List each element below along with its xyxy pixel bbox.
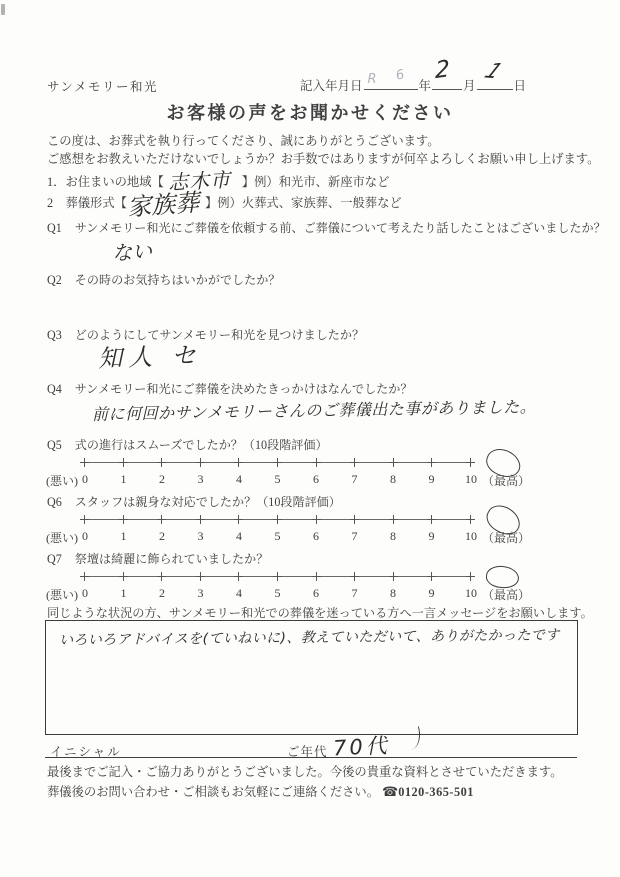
intro-text: この度は、お葬式を執り行ってくださり、誠にありがとうございます。 ご感想をお教え… (47, 133, 599, 168)
question-5-number: Q5 (47, 438, 62, 452)
question-4-number: Q4 (47, 382, 62, 396)
message-prompt: 同じような状況の方、サンメモリー和光での葬儀を迷っている方へ一言メッセージをお願… (47, 604, 593, 621)
scale-tick-label: 5 (273, 472, 283, 487)
scale-tick (427, 458, 436, 467)
residence-area-example: 】例）和光市、新座市など (242, 175, 390, 189)
scale-tick (80, 572, 89, 581)
scale-tick (466, 572, 475, 581)
scale-tick (234, 572, 243, 581)
scale-tick-label: 6 (311, 586, 321, 601)
funeral-style-blank: 家族葬 (127, 193, 205, 207)
scale-tick-label: 3 (196, 472, 206, 487)
field-residence-area: 1．お住まいの地域【志木市】例）和光市、新座市など (47, 172, 389, 190)
scale-tick (350, 515, 359, 524)
day-suffix: 日 (514, 79, 527, 93)
scale-tick (196, 515, 205, 524)
scale-tick-label: 7 (350, 529, 360, 544)
scale-tick (350, 458, 359, 467)
question-1-text: サンメモリー和光にご葬儀を依頼する前、ご葬儀について考えたり話したことはございま… (75, 221, 606, 235)
scale-tick (273, 515, 282, 524)
day-blank: 1 (477, 74, 513, 90)
month-suffix: 月 (463, 79, 476, 93)
scale-tick-label: 8 (388, 529, 398, 544)
scale-tick-label: 0 (80, 472, 90, 487)
handwritten-day: 1 (480, 59, 507, 83)
field-funeral-style: 2 葬儀形式【家族葬】例）火葬式、家族葬、一般葬など (47, 193, 402, 211)
scale-tick (119, 572, 128, 581)
intro-line-1: この度は、お葬式を執り行ってくださり、誠にありがとうございます。 (47, 133, 599, 151)
handwritten-funeral-style: 家族葬 (126, 183, 200, 223)
question-3-number: Q3 (47, 328, 62, 342)
scanned-survey-page: サンメモリー和光 記入年月日R6年2月1日 お客様の声をお聞かせください この度… (0, 0, 620, 877)
scale-tick-label: 4 (234, 472, 244, 487)
scale-tick (157, 572, 166, 581)
question-7: Q7祭壇は綺麗に飾られていましたか？ (47, 550, 268, 567)
rating-scale-q6: Q6スタッフは親身な対応でしたか？（10段階評価） (悪い) 012345678… (47, 493, 592, 551)
question-2-text: その時のお気持ちはいかがでしたか？ (75, 273, 281, 287)
scale-tick-label: 10 (465, 472, 475, 487)
scale-tick-label: 9 (427, 586, 437, 601)
question-7-number: Q7 (47, 552, 62, 566)
scale-tick (312, 458, 321, 467)
scale-tick (273, 572, 282, 581)
scale-tick-label: 9 (427, 472, 437, 487)
month-blank: 2 (432, 74, 462, 90)
scale-low-label: (悪い) (46, 472, 78, 489)
footer-thanks: 最後までご記入・ご協力ありがとうございました。今後の貴重な資料とさせていただきま… (47, 762, 563, 780)
scale-tick (273, 458, 282, 467)
scale-tick (427, 515, 436, 524)
footer-contact: 葬儀後のお問い合わせ・ご相談もお気軽にご連絡ください。☎0120-365-501 (47, 782, 474, 800)
scale-tick-label: 5 (273, 529, 283, 544)
year-suffix: 年 (419, 79, 432, 93)
scale-tick (157, 458, 166, 467)
handwritten-answer-4: 前に何回かサンメモリーさんのご葬儀出た事がありました。 (92, 394, 537, 425)
handwritten-answer-3: 知人 セ (97, 335, 202, 374)
scale-low-label: (悪い) (46, 529, 78, 546)
scale-tick-label: 1 (119, 529, 129, 544)
question-2: Q2その時のお気持ちはいかがでしたか？ (47, 271, 280, 288)
scale-tick (389, 458, 398, 467)
scale-tick-label: 0 (80, 586, 90, 601)
signature-underline (45, 757, 577, 758)
scale-tick (350, 572, 359, 581)
funeral-style-example: 】例）火葬式、家族葬、一般葬など (205, 196, 402, 210)
page-title: お客様の声をお聞かせください (0, 99, 620, 125)
scale-tick-label: 2 (157, 586, 167, 601)
scale-tick (427, 572, 436, 581)
scale-tick (389, 572, 398, 581)
question-3: Q3どのようにしてサンメモリー和光を見つけましたか？ (47, 326, 364, 343)
question-4-text: サンメモリー和光にご葬儀を決めたきっかけはなんでしたか？ (75, 382, 413, 396)
funeral-style-label: 2 葬儀形式【 (47, 196, 127, 210)
scale-tick (234, 515, 243, 524)
handwritten-message: いろいろアドバイスを(ていねいに)、教えていただいて、ありがたかったです (59, 624, 560, 649)
scale-tick (196, 458, 205, 467)
date-label: 記入年月日 (300, 79, 363, 93)
scale-high-label: （最高） (482, 529, 530, 546)
era-year-blank: R6 (364, 74, 418, 90)
question-1: Q1サンメモリー和光にご葬儀を依頼する前、ご葬儀について考えたり話したことはござ… (47, 219, 606, 236)
scale-tick-label: 3 (196, 586, 206, 601)
question-6-number: Q6 (47, 495, 62, 509)
scale-tick-label: 9 (427, 529, 437, 544)
question-6-text: スタッフは親身な対応でしたか？（10段階評価） (75, 495, 341, 509)
scale-tick-label: 5 (273, 586, 283, 601)
scale-tick-label: 4 (234, 586, 244, 601)
scale-tick (119, 515, 128, 524)
company-name: サンメモリー和光 (47, 77, 158, 95)
scale-tick-label: 10 (465, 586, 475, 601)
scale-tick-label: 7 (350, 472, 360, 487)
scale-tick (312, 515, 321, 524)
question-4: Q4サンメモリー和光にご葬儀を決めたきっかけはなんでしたか？ (47, 380, 412, 397)
question-5-text: 式の進行はスムーズでしたか？（10段階評価） (75, 438, 328, 452)
rating-labels-q7: (悪い) 012345678910 （最高） (80, 586, 475, 601)
rating-ruler-q7 (80, 572, 475, 581)
telephone-icon: ☎ (382, 785, 398, 800)
scale-high-label: （最高） (482, 586, 530, 603)
handwritten-era-mark: R (368, 72, 377, 87)
rating-ruler-q6 (80, 515, 475, 524)
scale-tick-label: 4 (234, 529, 244, 544)
scale-tick (196, 572, 205, 581)
scan-artifact-mark (1, 4, 5, 15)
scale-tick-label: 6 (311, 529, 321, 544)
scale-tick-label: 0 (80, 529, 90, 544)
rating-scale-q7: Q7祭壇は綺麗に飾られていましたか？ (悪い) 012345678910 （最高… (47, 550, 592, 608)
scale-tick-label: 1 (119, 472, 129, 487)
scale-low-label: (悪い) (46, 586, 78, 603)
scale-tick (466, 458, 475, 467)
intro-line-2: ご感想をお教えいただけないでしょうか？お手数ではありますが何卒よろしくお願い申し… (47, 151, 599, 169)
rating-labels-q6: (悪い) 012345678910 （最高） (80, 529, 475, 544)
rating-scale-q5: Q5式の進行はスムーズでしたか？（10段階評価） (悪い) 0123456789… (47, 436, 592, 494)
scale-tick (466, 515, 475, 524)
scale-tick-label: 7 (350, 586, 360, 601)
scale-tick (389, 515, 398, 524)
phone-number: 0120-365-501 (398, 785, 474, 799)
rating-ruler-q5 (80, 458, 475, 467)
scale-tick (312, 572, 321, 581)
message-box: いろいろアドバイスを(ていねいに)、教えていただいて、ありがたかったです (45, 620, 578, 735)
scale-tick-label: 6 (311, 472, 321, 487)
scale-tick-label: 2 (157, 529, 167, 544)
rating-labels-q5: (悪い) 012345678910 （最高） (80, 472, 475, 487)
question-6: Q6スタッフは親身な対応でしたか？（10段階評価） (47, 493, 341, 510)
question-5: Q5式の進行はスムーズでしたか？（10段階評価） (47, 436, 328, 453)
fill-in-date: 記入年月日R6年2月1日 (300, 74, 526, 94)
handwritten-answer-1: ない (111, 235, 153, 267)
scale-tick-label: 2 (157, 472, 167, 487)
scale-high-label: （最高） (482, 472, 530, 489)
scale-tick-label: 8 (388, 472, 398, 487)
handwritten-month: 2 (435, 56, 449, 84)
scale-tick (234, 458, 243, 467)
scale-tick (80, 515, 89, 524)
scale-tick (80, 458, 89, 467)
scale-tick-label: 1 (119, 586, 129, 601)
scale-tick-label: 10 (465, 529, 475, 544)
scale-tick (119, 458, 128, 467)
question-7-text: 祭壇は綺麗に飾られていましたか？ (75, 552, 269, 566)
question-1-number: Q1 (47, 221, 62, 235)
question-2-number: Q2 (47, 273, 62, 287)
handwritten-year-mark: 6 (394, 67, 405, 83)
scale-tick-label: 3 (196, 529, 206, 544)
footer-contact-text: 葬儀後のお問い合わせ・ご相談もお気軽にご連絡ください。 (47, 785, 379, 799)
scale-tick (157, 515, 166, 524)
scale-tick-label: 8 (388, 586, 398, 601)
